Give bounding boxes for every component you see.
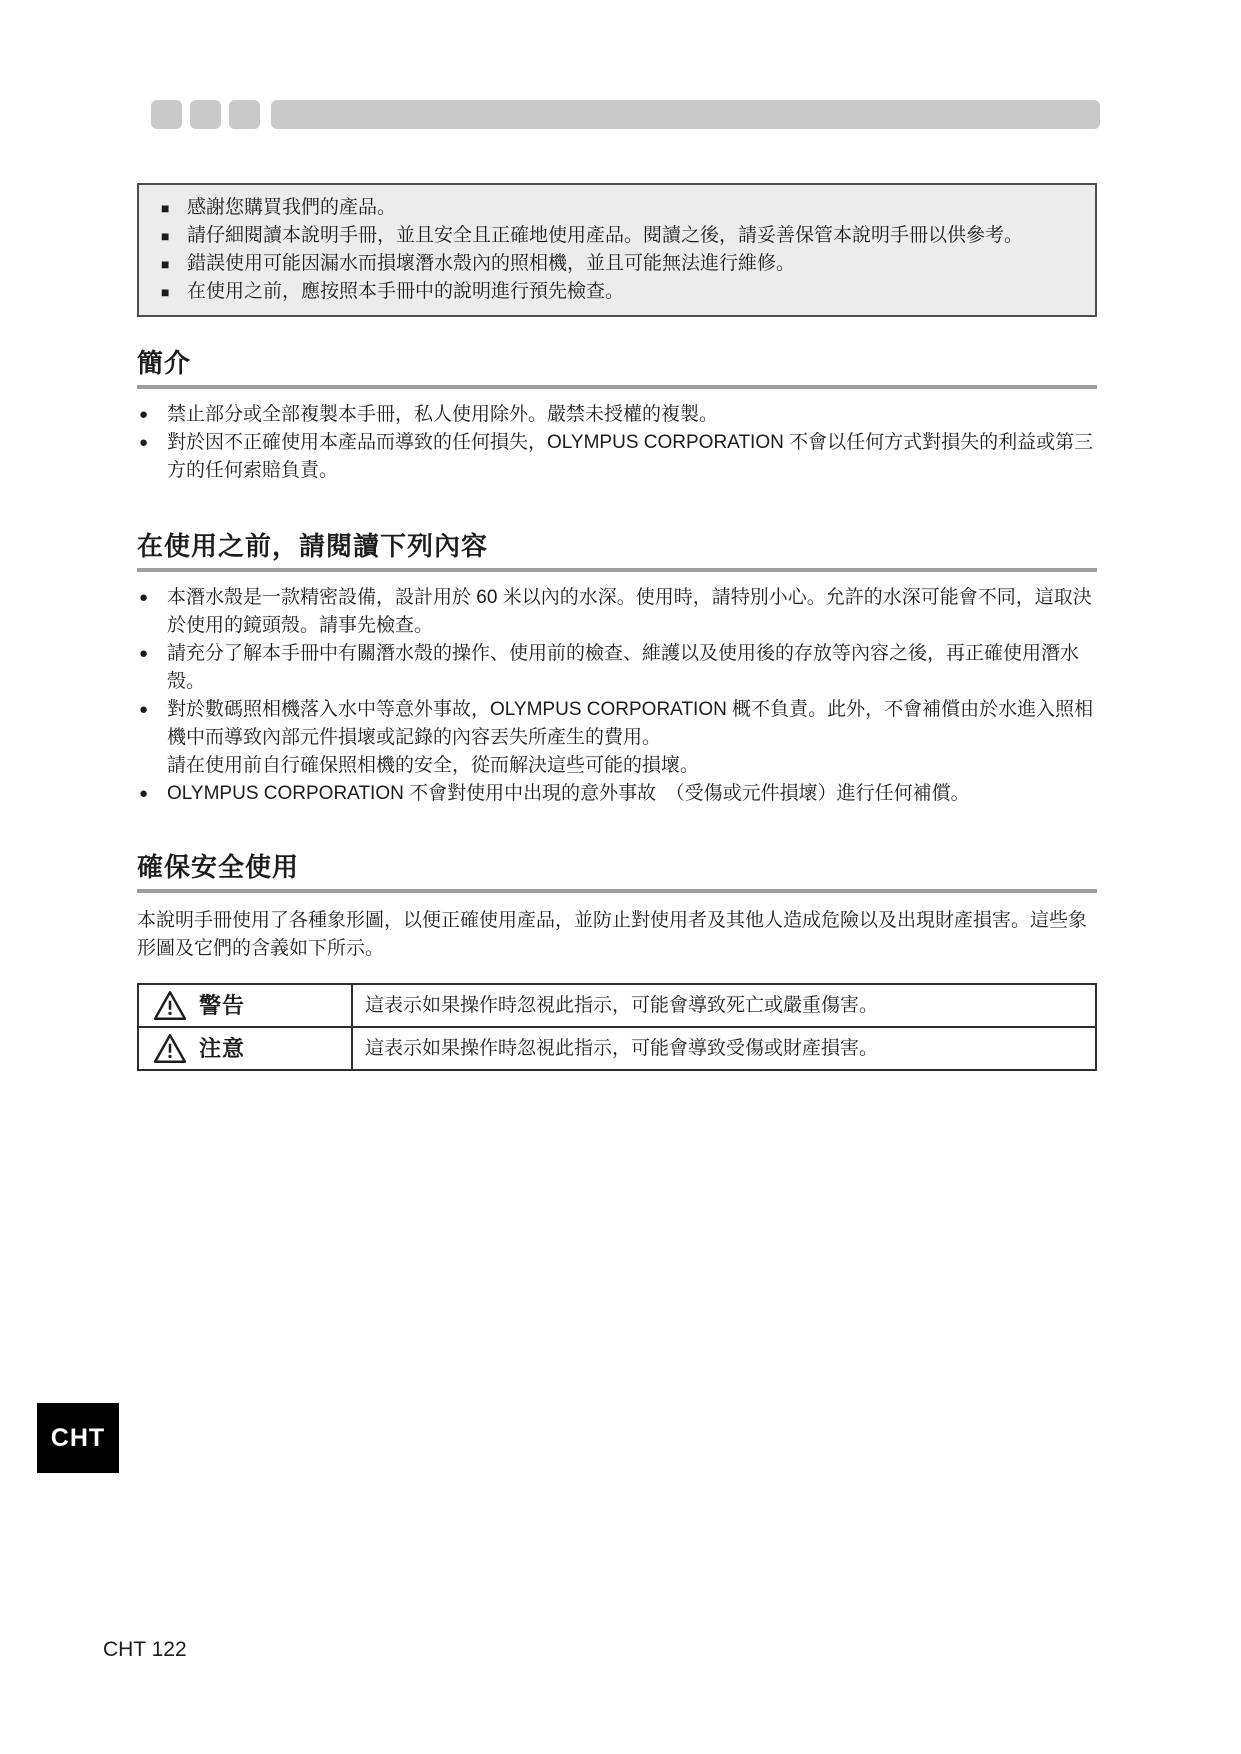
bullet-item: ● 本潛水殼是一款精密設備，設計用於 60 米以內的水深。使用時，請特別小心。允… bbox=[137, 584, 1097, 640]
round-bullet-icon: ● bbox=[137, 640, 167, 696]
bullet-list: ● 本潛水殼是一款精密設備，設計用於 60 米以內的水深。使用時，請特別小心。允… bbox=[137, 584, 1097, 808]
document-page: ■ 感謝您購買我們的產品。 ■ 請仔細閱讀本說明手冊，並且安全且正確地使用產品。… bbox=[0, 0, 1241, 1754]
header-square-decoration bbox=[190, 100, 221, 129]
language-tab: CHT bbox=[37, 1403, 119, 1473]
notice-box: ■ 感謝您購買我們的產品。 ■ 請仔細閱讀本說明手冊，並且安全且正確地使用產品。… bbox=[137, 183, 1097, 317]
notice-item: ■ 感謝您購買我們的產品。 bbox=[151, 194, 1081, 222]
header-bar-decoration bbox=[271, 100, 1100, 129]
section-title: 在使用之前，請閱讀下列內容 bbox=[137, 531, 1097, 572]
warning-triangle-icon bbox=[153, 1033, 187, 1064]
page-content: ■ 感謝您購買我們的產品。 ■ 請仔細閱讀本說明手冊，並且安全且正確地使用產品。… bbox=[137, 183, 1097, 1071]
caution-sign-cell: 注意 bbox=[138, 1027, 352, 1070]
caution-description: 這表示如果操作時忽視此指示，可能會導致受傷或財產損害。 bbox=[352, 1027, 1096, 1070]
section-paragraph: 本說明手冊使用了各種象形圖，以便正確使用產品，並防止對使用者及其他人造成危險以及… bbox=[137, 907, 1097, 963]
bullet-item: ● OLYMPUS CORPORATION 不會對使用中出現的意外事故 （受傷或… bbox=[137, 780, 1097, 808]
bullet-item: ● 請充分了解本手冊中有關潛水殼的操作、使用前的檢查、維護以及使用後的存放等內容… bbox=[137, 640, 1097, 696]
bullet-text: 請充分了解本手冊中有關潛水殼的操作、使用前的檢查、維護以及使用後的存放等內容之後… bbox=[167, 640, 1097, 696]
bullet-item: ● 禁止部分或全部複製本手冊，私人使用除外。嚴禁未授權的複製。 bbox=[137, 401, 1097, 429]
section-title: 確保安全使用 bbox=[137, 852, 1097, 893]
bullet-text: 本潛水殼是一款精密設備，設計用於 60 米以內的水深。使用時，請特別小心。允許的… bbox=[167, 584, 1097, 640]
square-bullet-icon: ■ bbox=[151, 222, 187, 250]
warning-triangle-icon bbox=[153, 990, 187, 1021]
bullet-list: ● 禁止部分或全部複製本手冊，私人使用除外。嚴禁未授權的複製。 ● 對於因不正確… bbox=[137, 401, 1097, 485]
bullet-item: ● 對於數碼照相機落入水中等意外事故，OLYMPUS CORPORATION 概… bbox=[137, 696, 1097, 780]
round-bullet-icon: ● bbox=[137, 429, 167, 485]
round-bullet-icon: ● bbox=[137, 401, 167, 429]
section-safe-use: 確保安全使用 本說明手冊使用了各種象形圖，以便正確使用產品，並防止對使用者及其他… bbox=[137, 852, 1097, 963]
warning-label: 警告 bbox=[199, 992, 245, 1020]
notice-item: ■ 錯誤使用可能因漏水而損壞潛水殼內的照相機，並且可能無法進行維修。 bbox=[151, 250, 1081, 278]
round-bullet-icon: ● bbox=[137, 584, 167, 640]
notice-text: 感謝您購買我們的產品。 bbox=[187, 194, 1081, 222]
warning-sign-cell: 警告 bbox=[138, 984, 352, 1027]
bullet-text: 禁止部分或全部複製本手冊，私人使用除外。嚴禁未授權的複製。 bbox=[167, 401, 1097, 429]
header-square-decoration bbox=[229, 100, 260, 129]
header-square-decoration bbox=[151, 100, 182, 129]
round-bullet-icon: ● bbox=[137, 780, 167, 808]
square-bullet-icon: ■ bbox=[151, 278, 187, 306]
table-row: 警告 這表示如果操作時忽視此指示，可能會導致死亡或嚴重傷害。 bbox=[138, 984, 1096, 1027]
bullet-text: 對於數碼照相機落入水中等意外事故，OLYMPUS CORPORATION 概不負… bbox=[167, 696, 1097, 780]
notice-item: ■ 請仔細閱讀本說明手冊，並且安全且正確地使用產品。閱讀之後，請妥善保管本說明手… bbox=[151, 222, 1081, 250]
notice-text: 在使用之前，應按照本手冊中的說明進行預先檢查。 bbox=[187, 278, 1081, 306]
section-introduction: 簡介 ● 禁止部分或全部複製本手冊，私人使用除外。嚴禁未授權的複製。 ● 對於因… bbox=[137, 348, 1097, 485]
notice-item: ■ 在使用之前，應按照本手冊中的說明進行預先檢查。 bbox=[151, 278, 1081, 306]
header-decoration bbox=[151, 100, 1100, 129]
caution-label: 注意 bbox=[199, 1035, 245, 1063]
notice-text: 請仔細閱讀本說明手冊，並且安全且正確地使用產品。閱讀之後，請妥善保管本說明手冊以… bbox=[187, 222, 1081, 250]
bullet-item: ● 對於因不正確使用本產品而導致的任何損失，OLYMPUS CORPORATIO… bbox=[137, 429, 1097, 485]
bullet-text: OLYMPUS CORPORATION 不會對使用中出現的意外事故 （受傷或元件… bbox=[167, 780, 1097, 808]
warning-table: 警告 這表示如果操作時忽視此指示，可能會導致死亡或嚴重傷害。 bbox=[137, 983, 1097, 1071]
bullet-text: 對於因不正確使用本產品而導致的任何損失，OLYMPUS CORPORATION … bbox=[167, 429, 1097, 485]
table-row: 注意 這表示如果操作時忽視此指示，可能會導致受傷或財產損害。 bbox=[138, 1027, 1096, 1070]
square-bullet-icon: ■ bbox=[151, 250, 187, 278]
section-title: 簡介 bbox=[137, 348, 1097, 389]
square-bullet-icon: ■ bbox=[151, 194, 187, 222]
warning-description: 這表示如果操作時忽視此指示，可能會導致死亡或嚴重傷害。 bbox=[352, 984, 1096, 1027]
section-before-use: 在使用之前，請閱讀下列內容 ● 本潛水殼是一款精密設備，設計用於 60 米以內的… bbox=[137, 531, 1097, 808]
round-bullet-icon: ● bbox=[137, 696, 167, 780]
notice-text: 錯誤使用可能因漏水而損壞潛水殼內的照相機，並且可能無法進行維修。 bbox=[187, 250, 1081, 278]
page-number: CHT 122 bbox=[103, 1638, 187, 1662]
